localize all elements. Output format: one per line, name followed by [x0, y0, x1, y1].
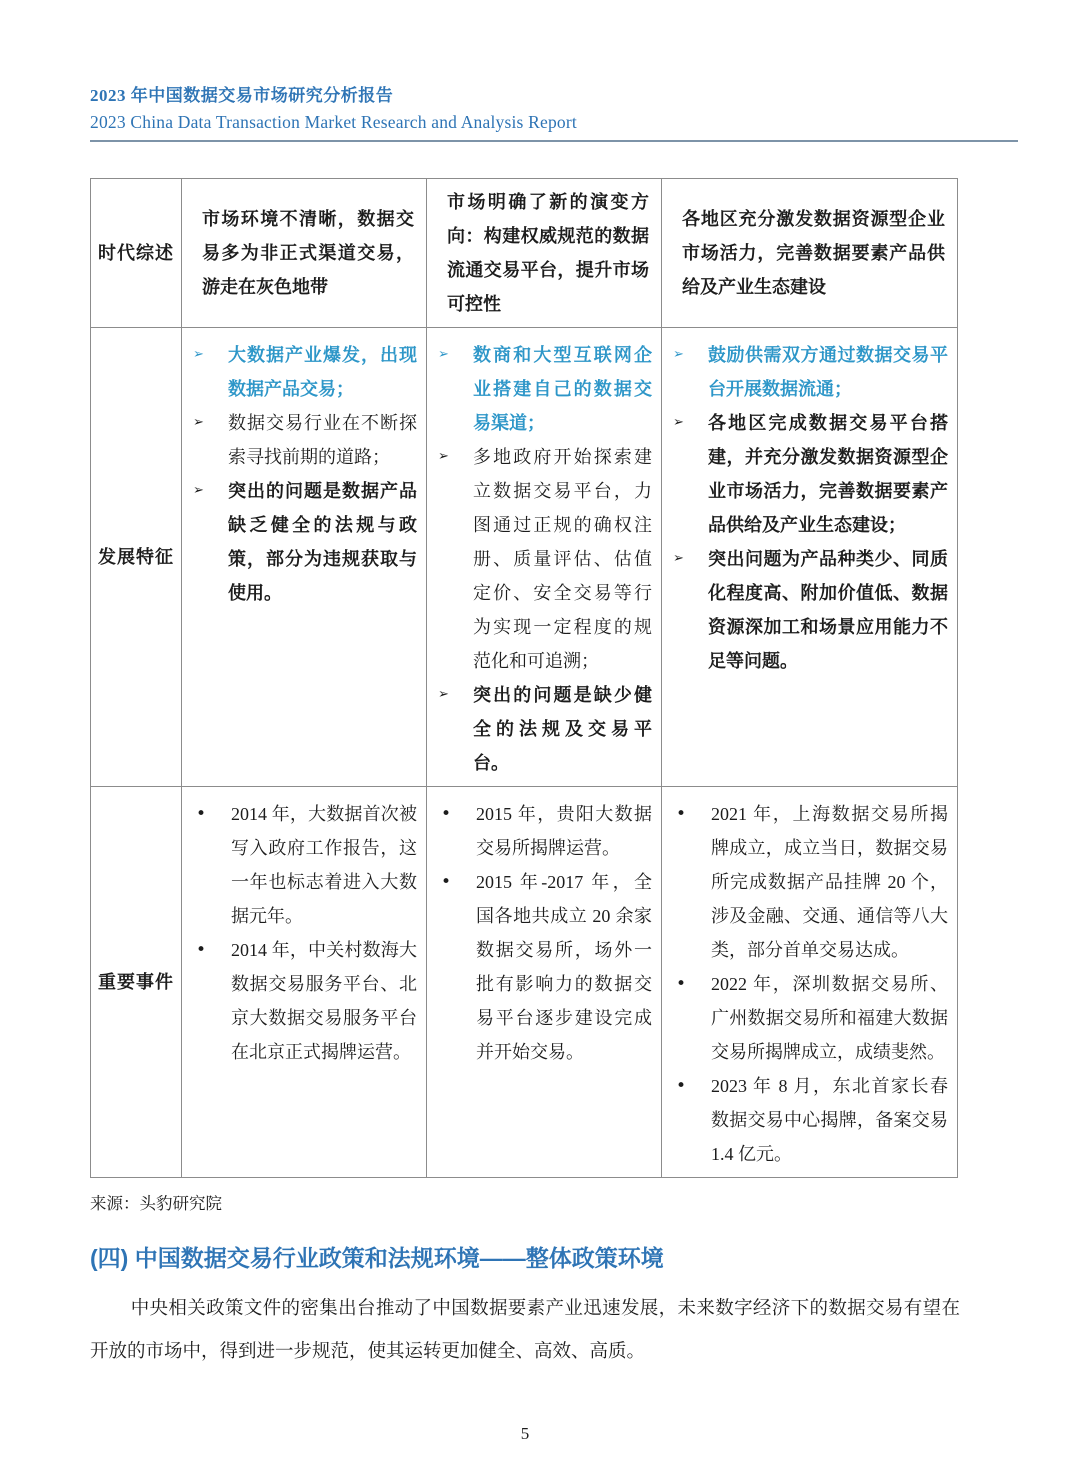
list-item: ➢ 鼓励供需双方通过数据交易平台开展数据流通；: [673, 338, 948, 406]
list-item-text: 2015 年，贵阳大数据交易所揭牌运营。: [476, 797, 652, 865]
table-cell: • 2021 年，上海数据交易所揭牌成立，成立当日，数据交易所完成数据产品挂牌 …: [662, 787, 958, 1178]
dot-bullet-icon: •: [193, 797, 231, 831]
section-heading: (四) 中国数据交易行业政策和法规环境——整体政策环境: [90, 1242, 960, 1274]
list-item-text: 多地政府开始探索建立数据交易平台，力图通过正规的确权注册、质量评估、估值定价、安…: [473, 440, 652, 678]
source-note: 来源：头豹研究院: [90, 1192, 960, 1216]
arrow-bullet-icon: ➢: [673, 542, 708, 576]
table-cell: 市场明确了新的演变方向：构建权威规范的数据流通交易平台，提升市场可控性: [427, 179, 662, 328]
list-item: • 2015 年-2017 年，全国各地共成立 20 余家数据交易所，场外一批有…: [438, 865, 652, 1069]
table-row-key-events: 重要事件 • 2014 年，大数据首次被写入政府工作报告，这一年也标志着进入大数…: [91, 787, 958, 1178]
list-item-text: 鼓励供需双方通过数据交易平台开展数据流通；: [708, 338, 948, 406]
list-item: ➢ 数据交易行业在不断探索寻找前期的道路；: [193, 406, 417, 474]
report-page: 2023 年中国数据交易市场研究分析报告 2023 China Data Tra…: [0, 0, 1080, 1466]
list-item-text: 突出的问题是数据产品缺乏健全的法规与政策，部分为违规获取与使用。: [228, 474, 417, 610]
arrow-bullet-icon: ➢: [193, 406, 228, 440]
running-header: 2023 年中国数据交易市场研究分析报告 2023 China Data Tra…: [90, 0, 1018, 142]
dot-bullet-icon: •: [193, 933, 231, 967]
report-title-en: 2023 China Data Transaction Market Resea…: [90, 110, 1018, 134]
list-item: • 2023 年 8 月，东北首家长春数据交易中心揭牌，备案交易 1.4 亿元。: [673, 1069, 948, 1171]
header-divider: [90, 140, 1018, 142]
table-row-development-features: 发展特征 ➢ 大数据产业爆发，出现数据产品交易； ➢ 数据交易行业在不断探索寻找…: [91, 328, 958, 787]
table-cell: ➢ 大数据产业爆发，出现数据产品交易； ➢ 数据交易行业在不断探索寻找前期的道路…: [182, 328, 427, 787]
list-item-text: 2023 年 8 月，东北首家长春数据交易中心揭牌，备案交易 1.4 亿元。: [711, 1069, 948, 1171]
list-item: ➢ 多地政府开始探索建立数据交易平台，力图通过正规的确权注册、质量评估、估值定价…: [438, 440, 652, 678]
list-item-text: 突出问题为产品种类少、同质化程度高、附加价值低、数据资源深加工和场景应用能力不足…: [708, 542, 948, 678]
page-number: 5: [90, 1424, 960, 1444]
page-content: 2023 年中国数据交易市场研究分析报告 2023 China Data Tra…: [90, 0, 960, 1444]
dot-bullet-icon: •: [438, 865, 476, 899]
list-item-text: 2022 年，深圳数据交易所、广州数据交易所和福建大数据交易所揭牌成立，成绩斐然…: [711, 967, 948, 1069]
list-item-text: 数商和大型互联网企业搭建自己的数据交易渠道；: [473, 338, 652, 440]
list-item-text: 2021 年，上海数据交易所揭牌成立，成立当日，数据交易所完成数据产品挂牌 20…: [711, 797, 948, 967]
body-paragraph: 中央相关政策文件的密集出台推动了中国数据要素产业迅速发展，未来数字经济下的数据交…: [90, 1288, 960, 1374]
arrow-bullet-icon: ➢: [673, 338, 708, 372]
table-cell: • 2015 年，贵阳大数据交易所揭牌运营。 • 2015 年-2017 年，全…: [427, 787, 662, 1178]
list-item: ➢ 数商和大型互联网企业搭建自己的数据交易渠道；: [438, 338, 652, 440]
list-item: • 2021 年，上海数据交易所揭牌成立，成立当日，数据交易所完成数据产品挂牌 …: [673, 797, 948, 967]
dot-bullet-icon: •: [673, 1069, 711, 1103]
row-label-era-overview: 时代综述: [91, 179, 182, 328]
row-label-key-events: 重要事件: [91, 787, 182, 1178]
list-item: • 2014 年，中关村数海大数据交易服务平台、北京大数据交易服务平台在北京正式…: [193, 933, 417, 1069]
list-item-text: 各地区完成数据交易平台搭建，并充分激发数据资源型企业市场活力，完善数据要素产品供…: [708, 406, 948, 542]
table-cell: ➢ 数商和大型互联网企业搭建自己的数据交易渠道； ➢ 多地政府开始探索建立数据交…: [427, 328, 662, 787]
list-item-text: 2015 年-2017 年，全国各地共成立 20 余家数据交易所，场外一批有影响…: [476, 865, 652, 1069]
list-item-text: 数据交易行业在不断探索寻找前期的道路；: [228, 406, 417, 474]
row-label-development-features: 发展特征: [91, 328, 182, 787]
list-item: ➢ 突出的问题是缺少健全的法规及交易平台。: [438, 678, 652, 780]
list-item-text: 突出的问题是缺少健全的法规及交易平台。: [473, 678, 652, 780]
list-item: ➢ 突出问题为产品种类少、同质化程度高、附加价值低、数据资源深加工和场景应用能力…: [673, 542, 948, 678]
arrow-bullet-icon: ➢: [438, 678, 473, 712]
arrow-bullet-icon: ➢: [673, 406, 708, 440]
table-cell: • 2014 年，大数据首次被写入政府工作报告，这一年也标志着进入大数据元年。 …: [182, 787, 427, 1178]
table-cell: 各地区充分激发数据资源型企业市场活力，完善数据要素产品供给及产业生态建设: [662, 179, 958, 328]
table-cell: ➢ 鼓励供需双方通过数据交易平台开展数据流通； ➢ 各地区完成数据交易平台搭建，…: [662, 328, 958, 787]
list-item-text: 2014 年，大数据首次被写入政府工作报告，这一年也标志着进入大数据元年。: [231, 797, 417, 933]
arrow-bullet-icon: ➢: [438, 338, 473, 372]
report-title-zh: 2023 年中国数据交易市场研究分析报告: [90, 84, 1018, 108]
list-item: ➢ 大数据产业爆发，出现数据产品交易；: [193, 338, 417, 406]
list-item: • 2022 年，深圳数据交易所、广州数据交易所和福建大数据交易所揭牌成立，成绩…: [673, 967, 948, 1069]
table-row-era-overview: 时代综述 市场环境不清晰，数据交易多为非正式渠道交易，游走在灰色地带 市场明确了…: [91, 179, 958, 328]
dot-bullet-icon: •: [673, 797, 711, 831]
dot-bullet-icon: •: [438, 797, 476, 831]
list-item: ➢ 突出的问题是数据产品缺乏健全的法规与政策，部分为违规获取与使用。: [193, 474, 417, 610]
dot-bullet-icon: •: [673, 967, 711, 1001]
list-item: ➢ 各地区完成数据交易平台搭建，并充分激发数据资源型企业市场活力，完善数据要素产…: [673, 406, 948, 542]
list-item-text: 大数据产业爆发，出现数据产品交易；: [228, 338, 417, 406]
list-item-text: 2014 年，中关村数海大数据交易服务平台、北京大数据交易服务平台在北京正式揭牌…: [231, 933, 417, 1069]
arrow-bullet-icon: ➢: [193, 338, 228, 372]
list-item: • 2015 年，贵阳大数据交易所揭牌运营。: [438, 797, 652, 865]
table-cell: 市场环境不清晰，数据交易多为非正式渠道交易，游走在灰色地带: [182, 179, 427, 328]
era-comparison-table: 时代综述 市场环境不清晰，数据交易多为非正式渠道交易，游走在灰色地带 市场明确了…: [90, 178, 958, 1178]
arrow-bullet-icon: ➢: [438, 440, 473, 474]
list-item: • 2014 年，大数据首次被写入政府工作报告，这一年也标志着进入大数据元年。: [193, 797, 417, 933]
arrow-bullet-icon: ➢: [193, 474, 228, 508]
